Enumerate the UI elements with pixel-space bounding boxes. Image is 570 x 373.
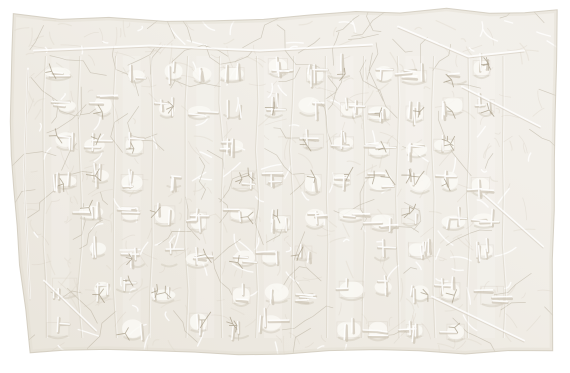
artwork-canvas [0,0,570,373]
artwork-photo [0,0,570,373]
paper-surface [0,0,570,373]
